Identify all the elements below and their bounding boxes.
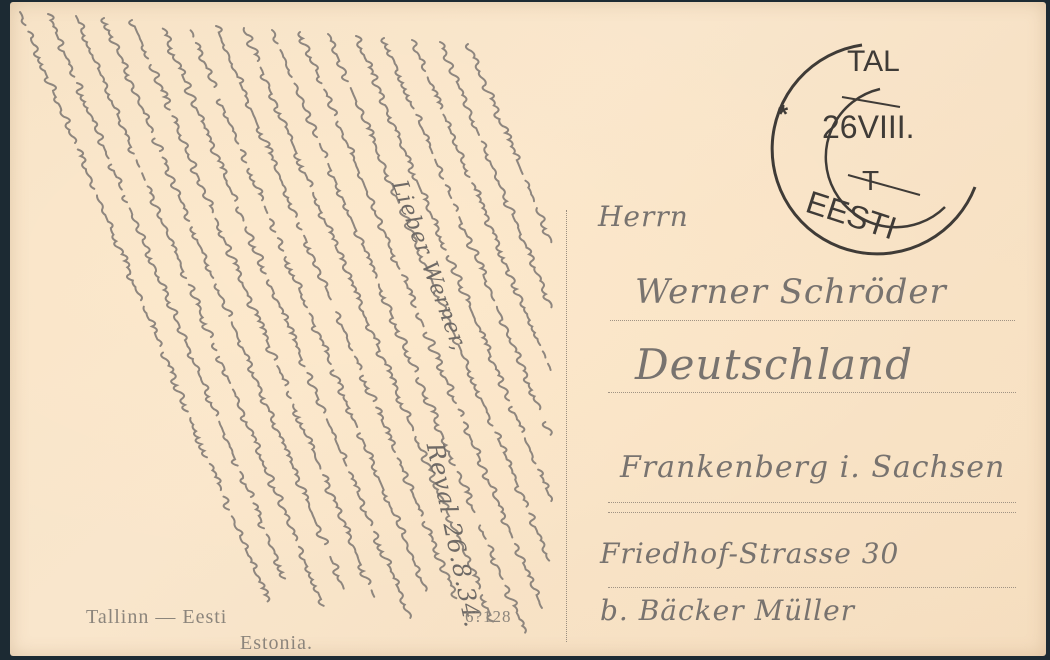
postmark: TAL * 26VIII. T EESTI xyxy=(770,37,985,262)
postmark-time-code: T xyxy=(862,165,879,197)
postmark-date: 26VIII. xyxy=(822,109,915,146)
address-line xyxy=(608,512,1016,513)
address-line xyxy=(608,502,1016,503)
address-city: Frankenberg i. Sachsen xyxy=(620,450,1005,485)
address-line xyxy=(610,320,1015,321)
address-line xyxy=(608,587,1016,588)
address-name: Werner Schröder xyxy=(635,272,947,312)
printed-caption-line2: Estonia. xyxy=(240,632,313,655)
address-divider xyxy=(566,210,567,642)
address-salutation: Herrn xyxy=(598,200,689,233)
postmark-ornament: * xyxy=(778,99,788,130)
address-line xyxy=(608,392,1016,393)
printed-caption-line1: Tallinn — Eesti xyxy=(86,606,227,629)
postmark-city: TAL xyxy=(847,45,900,79)
postcard-back: Herrn Werner Schröder Deutschland Franke… xyxy=(10,2,1046,656)
address-country: Deutschland xyxy=(635,340,913,389)
address-care-of: b. Bäcker Müller xyxy=(600,594,855,627)
printed-serial-number: 6?128 xyxy=(465,607,512,627)
address-street: Friedhof-Strasse 30 xyxy=(600,537,899,570)
